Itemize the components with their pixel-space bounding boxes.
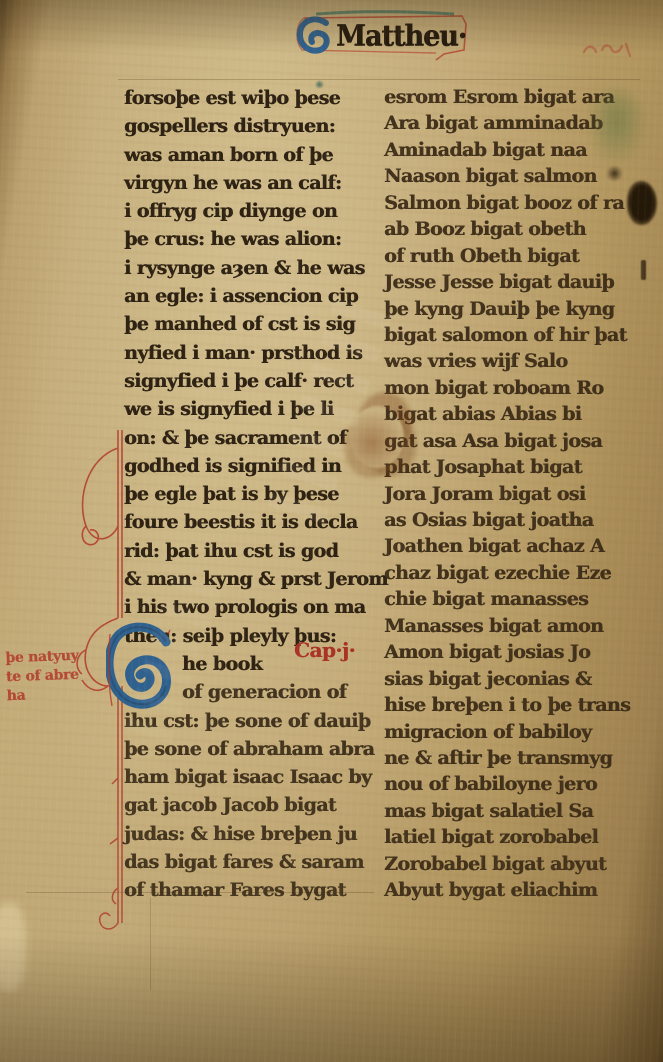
text-line: gat jacob Jacob bigat (124, 791, 376, 819)
running-header: Mattheu· (296, 12, 466, 60)
text-line: nou of babiloyne jero (384, 771, 660, 797)
text-line: i his two prologis on ma (124, 593, 376, 621)
manuscript-page: Mattheu· T Cap·j· þe natyuyte of abreha … (0, 0, 663, 1062)
text-line: Ara bigat amminadab (384, 110, 660, 136)
text-line: virgyn he was an calf: (124, 169, 376, 197)
text-line: esrom Esrom bigat ara (384, 84, 660, 110)
page-title: Mattheu· (336, 20, 466, 53)
text-line: bigat abias Abias bi (384, 401, 660, 427)
text-line: bigat salomon of hir þat (384, 322, 660, 348)
text-line: signyfied i þe calf· rect (124, 367, 376, 395)
text-line: as Osias bigat joatha (384, 507, 660, 533)
text-line: ham bigat isaac Isaac by (124, 763, 376, 791)
text-line: latiel bigat zorobabel (384, 824, 660, 850)
text-line: þe crus: he was alion: (124, 225, 376, 253)
text-line: þe egle þat is by þese (124, 480, 376, 508)
text-line: sias bigat jeconias & (384, 666, 660, 692)
margin-note: þe natyuyte of abreha (5, 647, 80, 707)
text-line: chie bigat manasses (384, 586, 660, 612)
crease-line (150, 898, 151, 990)
text-line: Joathen bigat achaz A (384, 533, 660, 559)
text-line: Naason bigat salmon (384, 163, 660, 189)
text-line: Manasses bigat amon (384, 613, 660, 639)
text-line: Amon bigat josias Jo (384, 639, 660, 665)
text-line: Jora Joram bigat osi (384, 481, 660, 507)
text-line: i offryg cip diynge on (124, 197, 376, 225)
text-column-right: esrom Esrom bigat araAra bigat amminadab… (384, 84, 660, 904)
text-line: migracion of babiloy (384, 719, 660, 745)
text-line: ab Booz bigat obeth (384, 216, 660, 242)
ruling-line-top (118, 79, 640, 80)
text-line: of thamar Fares bygat (124, 876, 376, 904)
text-line: i rysynge aȝen & he was (124, 254, 376, 282)
text-line: of ruth Obeth bigat (384, 243, 660, 269)
text-line: chaz bigat ezechie Eze (384, 560, 660, 586)
text-line: an egle: i assencion cip (124, 282, 376, 310)
blue-paraph-icon (296, 15, 332, 57)
text-line: Jesse Jesse bigat dauiþ (384, 269, 660, 295)
text-line: gat asa Asa bigat josa (384, 428, 660, 454)
text-line: nyfied i man· prsthod is (124, 339, 376, 367)
text-line: Aminadab bigat naa (384, 137, 660, 163)
text-line: judas: & hise breþen ju (124, 820, 376, 848)
text-line: þe sone of abraham abra (124, 735, 376, 763)
text-line: rid: þat ihu cst is god (124, 537, 376, 565)
text-line: gospellers distryuen: (124, 112, 376, 140)
text-line: & man· kyng & prst Jerom (124, 565, 376, 593)
text-line: foure beestis it is decla (124, 508, 376, 536)
text-line: mas bigat salatiel Sa (384, 798, 660, 824)
text-line: þe kyng Dauiþ þe kyng (384, 296, 660, 322)
chapter-label: Cap·j· (294, 638, 355, 662)
text-line: phat Josaphat bigat (384, 454, 660, 480)
margin-note-line: te of abre (6, 666, 80, 688)
text-line: þe manhed of cst is sig (124, 310, 376, 338)
faded-folio-mark (578, 36, 638, 66)
margin-note-line: þe natyuy (5, 647, 79, 669)
text-line: Zorobabel bigat abyut (384, 851, 660, 877)
margin-note-line: ha (6, 685, 80, 707)
text-line: was vries wijf Salo (384, 348, 660, 374)
text-line: was aman born of þe (124, 141, 376, 169)
text-line: godhed is signified in (124, 452, 376, 480)
text-line: mon bigat roboam Ro (384, 375, 660, 401)
text-column-left: forsoþe est wiþo þesegospellers distryue… (124, 84, 376, 905)
edge-chip (0, 903, 26, 991)
initial-T-lombard-icon (106, 620, 172, 712)
text-line: Abyut bygat eliachim (384, 877, 660, 903)
text-line: forsoþe est wiþo þese (124, 84, 376, 112)
text-line: ne & aftir þe transmyg (384, 745, 660, 771)
text-line: das bigat fares & saram (124, 848, 376, 876)
illuminated-initial: T (106, 620, 172, 712)
text-line: we is signyfied i þe li (124, 395, 376, 423)
text-line: on: & þe sacrament of (124, 424, 376, 452)
text-line: Salmon bigat booz of ra (384, 190, 660, 216)
text-line: hise breþen i to þe trans (384, 692, 660, 718)
